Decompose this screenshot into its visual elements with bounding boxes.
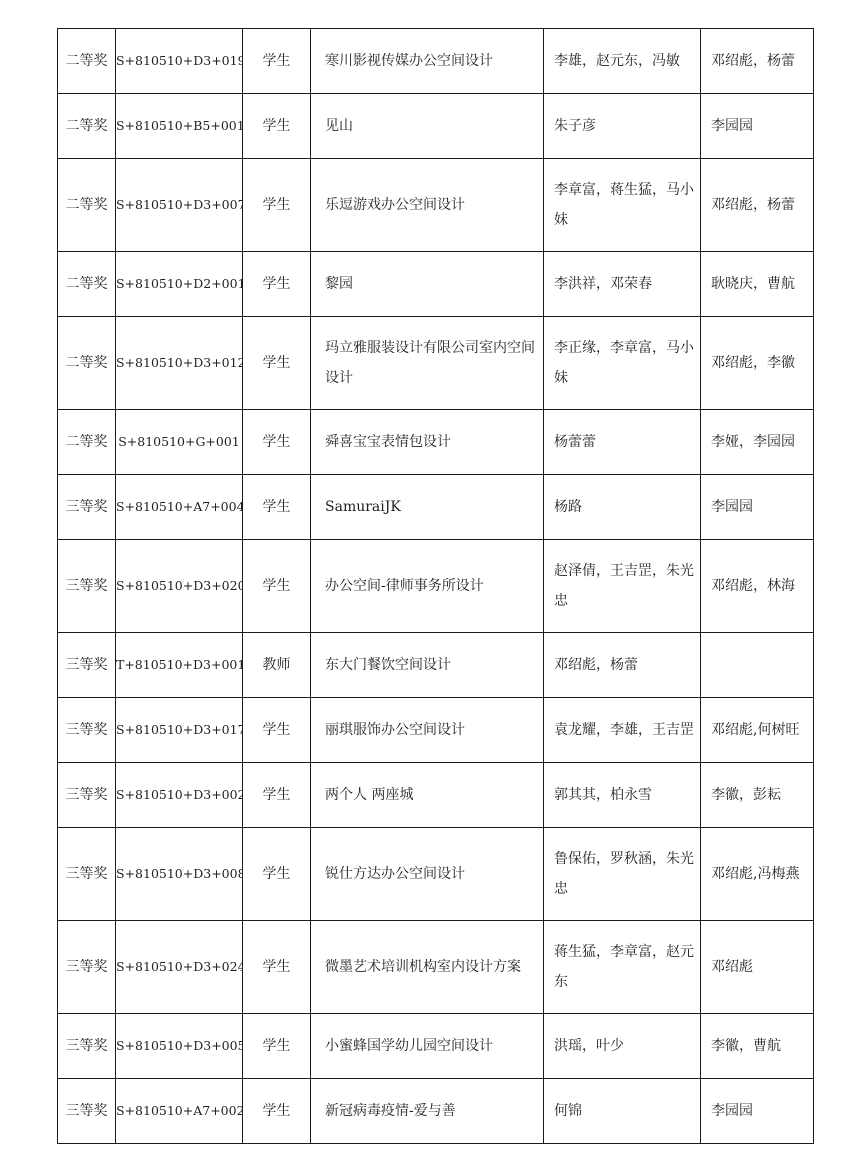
category-cell: 学生 [243, 29, 311, 94]
advisors-cell: 邓绍彪，杨蕾 [701, 29, 814, 94]
category-cell: 学生 [243, 540, 311, 633]
category-cell: 学生 [243, 94, 311, 159]
members-cell: 鲁保佑，罗秋涵，朱光忠 [544, 828, 701, 921]
members-cell: 李章富，蒋生猛，马小妹 [544, 159, 701, 252]
advisors-cell: 邓绍彪，杨蕾 [701, 159, 814, 252]
project-name-cell: 见山 [311, 94, 544, 159]
award-level-cell: 二等奖 [58, 252, 116, 317]
project-name-cell: 两个人 两座城 [311, 763, 544, 828]
table-row: 三等奖 S+810510+A7+002 学生 新冠病毒疫情-爱与善 何锦 李园园 [58, 1079, 814, 1144]
table-row: 三等奖 S+810510+D3+024 学生 微墨艺术培训机构室内设计方案 蒋生… [58, 921, 814, 1014]
project-name-cell: 东大门餐饮空间设计 [311, 633, 544, 698]
advisors-cell: 李园园 [701, 475, 814, 540]
entry-code-cell: S+810510+D3+020 [116, 540, 243, 633]
table-row: 二等奖 S+810510+D2+001 学生 黎园 李洪祥，邓荣春 耿晓庆，曹航 [58, 252, 814, 317]
members-cell: 洪瑶，叶少 [544, 1014, 701, 1079]
table-row: 二等奖 S+810510+B5+001 学生 见山 朱子彦 李园园 [58, 94, 814, 159]
members-cell: 朱子彦 [544, 94, 701, 159]
award-level-cell: 二等奖 [58, 29, 116, 94]
entry-code-cell: S+810510+D3+007 [116, 159, 243, 252]
advisors-cell: 邓绍彪,何树旺 [701, 698, 814, 763]
advisors-cell: 邓绍彪，林海 [701, 540, 814, 633]
award-level-cell: 二等奖 [58, 159, 116, 252]
advisors-cell: 李园园 [701, 1079, 814, 1144]
advisors-cell: 邓绍彪 [701, 921, 814, 1014]
category-cell: 学生 [243, 410, 311, 475]
table-row: 三等奖 S+810510+A7+004 学生 SamuraiJK 杨路 李园园 [58, 475, 814, 540]
advisors-cell: 李徽，彭耘 [701, 763, 814, 828]
award-level-cell: 二等奖 [58, 317, 116, 410]
table-row: 三等奖 T+810510+D3+001 教师 东大门餐饮空间设计 邓绍彪，杨蕾 [58, 633, 814, 698]
advisors-cell: 李园园 [701, 94, 814, 159]
category-cell: 学生 [243, 1014, 311, 1079]
entry-code-cell: S+810510+G+001 [116, 410, 243, 475]
category-cell: 学生 [243, 475, 311, 540]
award-level-cell: 三等奖 [58, 698, 116, 763]
table-row: 三等奖 S+810510+D3+002 学生 两个人 两座城 郭其其，柏永雪 李… [58, 763, 814, 828]
members-cell: 杨蕾蕾 [544, 410, 701, 475]
advisors-cell [701, 633, 814, 698]
members-cell: 李雄，赵元东，冯敏 [544, 29, 701, 94]
award-level-cell: 三等奖 [58, 1014, 116, 1079]
category-cell: 学生 [243, 252, 311, 317]
advisors-cell: 耿晓庆，曹航 [701, 252, 814, 317]
award-level-cell: 三等奖 [58, 633, 116, 698]
entry-code-cell: S+810510+A7+002 [116, 1079, 243, 1144]
entry-code-cell: S+810510+B5+001 [116, 94, 243, 159]
project-name-cell: 乐逗游戏办公空间设计 [311, 159, 544, 252]
entry-code-cell: S+810510+D3+019 [116, 29, 243, 94]
project-name-cell: 新冠病毒疫情-爱与善 [311, 1079, 544, 1144]
project-name-cell: 小蜜蜂国学幼儿园空间设计 [311, 1014, 544, 1079]
category-cell: 学生 [243, 159, 311, 252]
entry-code-cell: S+810510+D3+002 [116, 763, 243, 828]
entry-code-cell: S+810510+D3+024 [116, 921, 243, 1014]
award-level-cell: 二等奖 [58, 94, 116, 159]
category-cell: 学生 [243, 698, 311, 763]
table-row: 三等奖 S+810510+D3+005 学生 小蜜蜂国学幼儿园空间设计 洪瑶，叶… [58, 1014, 814, 1079]
award-level-cell: 三等奖 [58, 763, 116, 828]
project-name-cell: 寒川影视传媒办公空间设计 [311, 29, 544, 94]
award-level-cell: 三等奖 [58, 1079, 116, 1144]
project-name-cell: 舜喜宝宝表情包设计 [311, 410, 544, 475]
entry-code-cell: S+810510+D3+008 [116, 828, 243, 921]
table-row: 三等奖 S+810510+D3+017 学生 丽琪服饰办公空间设计 袁龙耀，李雄… [58, 698, 814, 763]
award-level-cell: 二等奖 [58, 410, 116, 475]
award-results-table: 二等奖 S+810510+D3+019 学生 寒川影视传媒办公空间设计 李雄，赵… [57, 28, 814, 1144]
members-cell: 李正缘，李章富，马小妹 [544, 317, 701, 410]
table-row: 二等奖 S+810510+G+001 学生 舜喜宝宝表情包设计 杨蕾蕾 李娅，李… [58, 410, 814, 475]
project-name-cell: 锐仕方达办公空间设计 [311, 828, 544, 921]
project-name-cell: 微墨艺术培训机构室内设计方案 [311, 921, 544, 1014]
table-row: 二等奖 S+810510+D3+019 学生 寒川影视传媒办公空间设计 李雄，赵… [58, 29, 814, 94]
project-name-cell: SamuraiJK [311, 475, 544, 540]
members-cell: 袁龙耀，李雄，王吉罡 [544, 698, 701, 763]
category-cell: 学生 [243, 921, 311, 1014]
award-level-cell: 三等奖 [58, 921, 116, 1014]
project-name-cell: 玛立雅服装设计有限公司室内空间设计 [311, 317, 544, 410]
entry-code-cell: S+810510+D2+001 [116, 252, 243, 317]
members-cell: 郭其其，柏永雪 [544, 763, 701, 828]
category-cell: 教师 [243, 633, 311, 698]
category-cell: 学生 [243, 828, 311, 921]
category-cell: 学生 [243, 1079, 311, 1144]
members-cell: 蒋生猛，李章富，赵元东 [544, 921, 701, 1014]
entry-code-cell: S+810510+A7+004 [116, 475, 243, 540]
entry-code-cell: S+810510+D3+012 [116, 317, 243, 410]
entry-code-cell: S+810510+D3+017 [116, 698, 243, 763]
advisors-cell: 李徽，曹航 [701, 1014, 814, 1079]
project-name-cell: 办公空间-律师事务所设计 [311, 540, 544, 633]
members-cell: 赵泽倩，王吉罡，朱光忠 [544, 540, 701, 633]
award-level-cell: 三等奖 [58, 475, 116, 540]
table-row: 二等奖 S+810510+D3+012 学生 玛立雅服装设计有限公司室内空间设计… [58, 317, 814, 410]
entry-code-cell: T+810510+D3+001 [116, 633, 243, 698]
members-cell: 邓绍彪，杨蕾 [544, 633, 701, 698]
table-row: 三等奖 S+810510+D3+020 学生 办公空间-律师事务所设计 赵泽倩，… [58, 540, 814, 633]
table-row: 三等奖 S+810510+D3+008 学生 锐仕方达办公空间设计 鲁保佑，罗秋… [58, 828, 814, 921]
advisors-cell: 邓绍彪，李徽 [701, 317, 814, 410]
advisors-cell: 邓绍彪,冯梅燕 [701, 828, 814, 921]
members-cell: 杨路 [544, 475, 701, 540]
project-name-cell: 丽琪服饰办公空间设计 [311, 698, 544, 763]
table-row: 二等奖 S+810510+D3+007 学生 乐逗游戏办公空间设计 李章富，蒋生… [58, 159, 814, 252]
award-level-cell: 三等奖 [58, 828, 116, 921]
members-cell: 李洪祥，邓荣春 [544, 252, 701, 317]
project-name-cell: 黎园 [311, 252, 544, 317]
category-cell: 学生 [243, 317, 311, 410]
members-cell: 何锦 [544, 1079, 701, 1144]
award-level-cell: 三等奖 [58, 540, 116, 633]
advisors-cell: 李娅，李园园 [701, 410, 814, 475]
entry-code-cell: S+810510+D3+005 [116, 1014, 243, 1079]
category-cell: 学生 [243, 763, 311, 828]
